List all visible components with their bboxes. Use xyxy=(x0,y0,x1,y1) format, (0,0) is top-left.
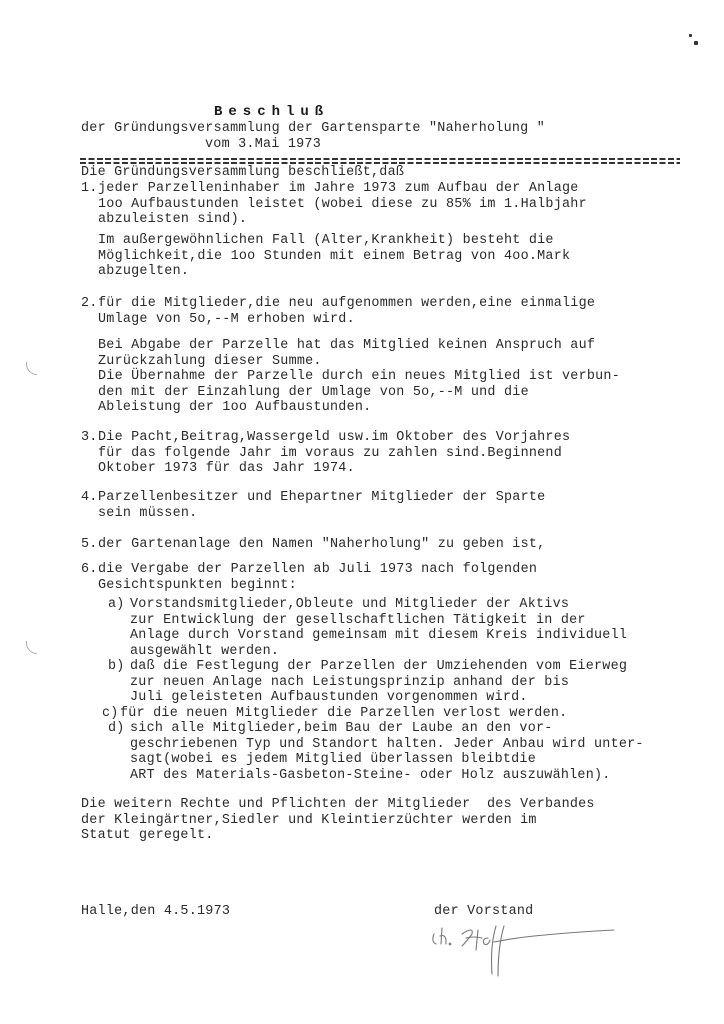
item-paragraph-line: abzugelten. xyxy=(98,264,189,279)
item-text-line: sein müssen. xyxy=(98,506,197,521)
item-text-line: der Gartenanlage den Namen "Naherholung"… xyxy=(98,537,545,552)
document-title: Beschluß xyxy=(214,105,329,120)
subitem-label: c) xyxy=(102,706,119,721)
item-paragraph-line: Ableistung der 1oo Aufbaustunden. xyxy=(98,400,371,415)
item-paragraph-line: Zurückzahlung dieser Summe. xyxy=(98,354,322,369)
subitem-text-line: Anlage durch Vorstand gemeinsam mit dies… xyxy=(130,628,627,643)
subitem-text-line: sich alle Mitglieder,beim Bau der Laube … xyxy=(130,721,553,736)
item-text-line: die Vergabe der Parzellen ab Juli 1973 n… xyxy=(98,562,537,577)
closing-line: der Kleingärtner,Siedler und Kleintierzü… xyxy=(81,813,537,828)
punch-hole-mark xyxy=(26,362,37,375)
item-paragraph-line: den mit der Einzahlung der Umlage von 5o… xyxy=(98,385,529,400)
subitem-text-line: ausgewählt werden. xyxy=(130,644,279,659)
subitem-text-line: daß die Festlegung der Parzellen der Umz… xyxy=(130,659,627,674)
place-date: Halle,den 4.5.1973 xyxy=(81,904,230,919)
ink-speck xyxy=(694,41,698,45)
item-paragraph-line: Im außergewöhnlichen Fall (Alter,Krankhe… xyxy=(98,233,554,248)
handwritten-signature xyxy=(430,922,630,987)
subitem-text-line: zur neuen Anlage nach Leistungsprinzip a… xyxy=(130,675,569,690)
item-text-line: 1oo Aufbaustunden leistet (wobei diese z… xyxy=(98,197,587,212)
item-text-line: für das folgende Jahr im voraus zu zahle… xyxy=(98,446,562,461)
item-text-line: Umlage von 5o,--M erhoben wird. xyxy=(98,312,355,327)
item-text-line: für die Mitglieder,die neu aufgenommen w… xyxy=(98,296,595,311)
subitem-text-line: geschriebenen Typ und Standort halten. J… xyxy=(130,737,644,752)
separator-line xyxy=(80,158,680,164)
item-paragraph-line: Die Übernahme der Parzelle durch ein neu… xyxy=(98,369,620,384)
punch-hole-mark xyxy=(26,641,37,654)
subitem-label: a) xyxy=(108,597,125,612)
item-text-line: Parzellenbesitzer und Ehepartner Mitglie… xyxy=(98,490,545,505)
subitem-text-line: Juli geleisteten Aufbaustunden vorgenomm… xyxy=(130,690,528,705)
item-number: 3. xyxy=(81,430,98,445)
item-number: 1. xyxy=(81,181,98,196)
intro-text: Die Gründungsversammlung beschließt,daß xyxy=(81,165,404,180)
item-paragraph-line: Bei Abgabe der Parzelle hat das Mitglied… xyxy=(98,338,595,353)
subitem-text-line: für die neuen Mitglieder die Parzellen v… xyxy=(120,706,567,721)
closing-line: Die weitern Rechte und Pflichten der Mit… xyxy=(81,797,595,812)
subitem-text-line: Vorstandsmitglieder,Obleute und Mitglied… xyxy=(130,597,569,612)
document-date-line: vom 3.Mai 1973 xyxy=(205,137,321,152)
subitem-label: b) xyxy=(108,659,125,674)
signatory-label: der Vorstand xyxy=(434,904,533,919)
item-number: 6. xyxy=(81,562,98,577)
subitem-text-line: zur Entwicklung der gesellschaftlichen T… xyxy=(130,613,586,628)
subitem-text-line: ART des Materials-Gasbeton-Steine- oder … xyxy=(130,768,611,783)
subitem-text-line: sagt(wobei es jedem Mitglied überlassen … xyxy=(130,752,536,767)
document-subtitle: der Gründungsversammlung der Gartenspart… xyxy=(81,121,545,136)
item-text-line: Die Pacht,Beitrag,Wassergeld usw.im Okto… xyxy=(98,430,570,445)
item-number: 4. xyxy=(81,490,98,505)
ink-speck xyxy=(689,34,692,37)
item-number: 5. xyxy=(81,537,98,552)
item-text-line: Gesichtspunkten beginnt: xyxy=(98,578,297,593)
item-text-line: abzuleisten sind). xyxy=(98,212,247,227)
item-text-line: Oktober 1973 für das Jahr 1974. xyxy=(98,461,355,476)
item-number: 2. xyxy=(81,296,98,311)
item-paragraph-line: Möglichkeit,die 1oo Stunden mit einem Be… xyxy=(98,249,570,264)
closing-line: Statut geregelt. xyxy=(81,828,214,843)
subitem-label: d) xyxy=(108,721,125,736)
item-text-line: jeder Parzelleninhaber im Jahre 1973 zum… xyxy=(98,181,579,196)
